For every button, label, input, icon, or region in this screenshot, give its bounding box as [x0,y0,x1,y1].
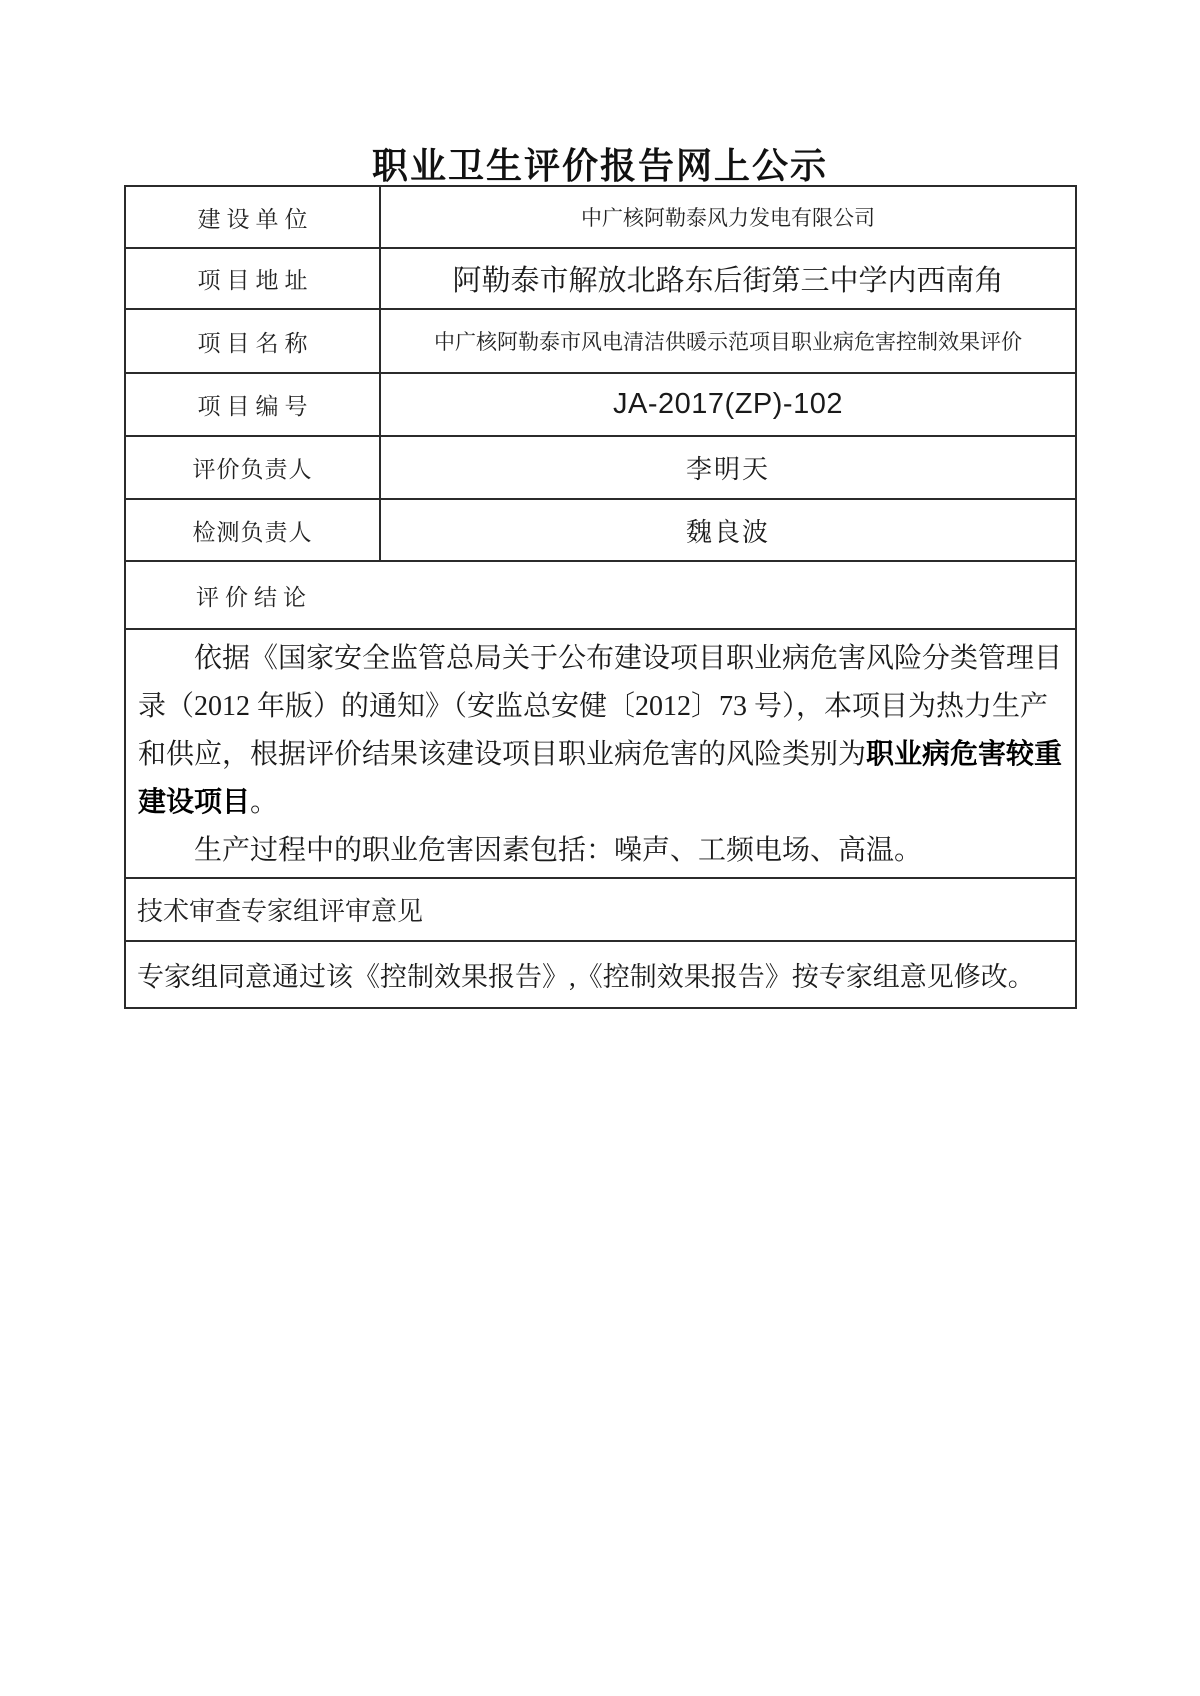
table-row-conclusion-body: 依据《国家安全监管总局关于公布建设项目职业病危害风险分类管理目录（2012 年版… [126,630,1075,879]
expert-section-label: 技术审查专家组评审意见 [137,891,423,928]
testing-lead-value: 魏良波 [381,500,1075,560]
conclusion-paragraph-1: 依据《国家安全监管总局关于公布建设项目职业病危害风险分类管理目录（2012 年版… [138,635,1063,827]
project-number-value: JA-2017(ZP)-102 [381,374,1075,435]
construction-unit-label: 建设单位 [126,187,381,247]
project-name-label: 项目名称 [126,310,381,372]
evaluation-lead-label: 评价负责人 [126,437,381,498]
table-row-construction-unit: 建设单位 中广核阿勒泰风力发电有限公司 [126,187,1075,249]
table-row-project-number: 项目编号 JA-2017(ZP)-102 [126,374,1075,437]
project-name-value: 中广核阿勒泰市风电清洁供暖示范项目职业病危害控制效果评价 [381,310,1075,372]
table-row-evaluation-lead: 评价负责人 李明天 [126,437,1075,500]
table-row-project-name: 项目名称 中广核阿勒泰市风电清洁供暖示范项目职业病危害控制效果评价 [126,310,1075,374]
table-row-expert-section: 技术审查专家组评审意见 [126,879,1075,942]
testing-lead-label: 检测负责人 [126,500,381,560]
conclusion-label: 评价结论 [196,579,312,612]
expert-opinion-text: 专家组同意通过该《控制效果报告》,《控制效果报告》按专家组意见修改。 [137,955,1035,994]
publicity-table: 建设单位 中广核阿勒泰风力发电有限公司 项目地址 阿勒泰市解放北路东后街第三中学… [124,185,1077,1009]
table-row-conclusion-label: 评价结论 [126,562,1075,630]
evaluation-lead-value: 李明天 [381,437,1075,498]
conclusion-text-period: 。 [250,787,278,818]
project-address-value: 阿勒泰市解放北路东后街第三中学内西南角 [381,249,1075,308]
page-title: 职业卫生评价报告网上公示 [0,138,1200,189]
table-row-expert-opinion: 专家组同意通过该《控制效果报告》,《控制效果报告》按专家组意见修改。 [126,942,1075,1007]
construction-unit-value: 中广核阿勒泰风力发电有限公司 [381,187,1075,247]
conclusion-text: 依据《国家安全监管总局关于公布建设项目职业病危害风险分类管理目录（2012 年版… [126,630,1075,877]
project-address-label: 项目地址 [126,249,381,308]
conclusion-paragraph-2: 生产过程中的职业危害因素包括：噪声、工频电场、高温。 [138,827,1063,875]
table-row-testing-lead: 检测负责人 魏良波 [126,500,1075,562]
table-row-project-address: 项目地址 阿勒泰市解放北路东后街第三中学内西南角 [126,249,1075,310]
project-number-label: 项目编号 [126,374,381,435]
